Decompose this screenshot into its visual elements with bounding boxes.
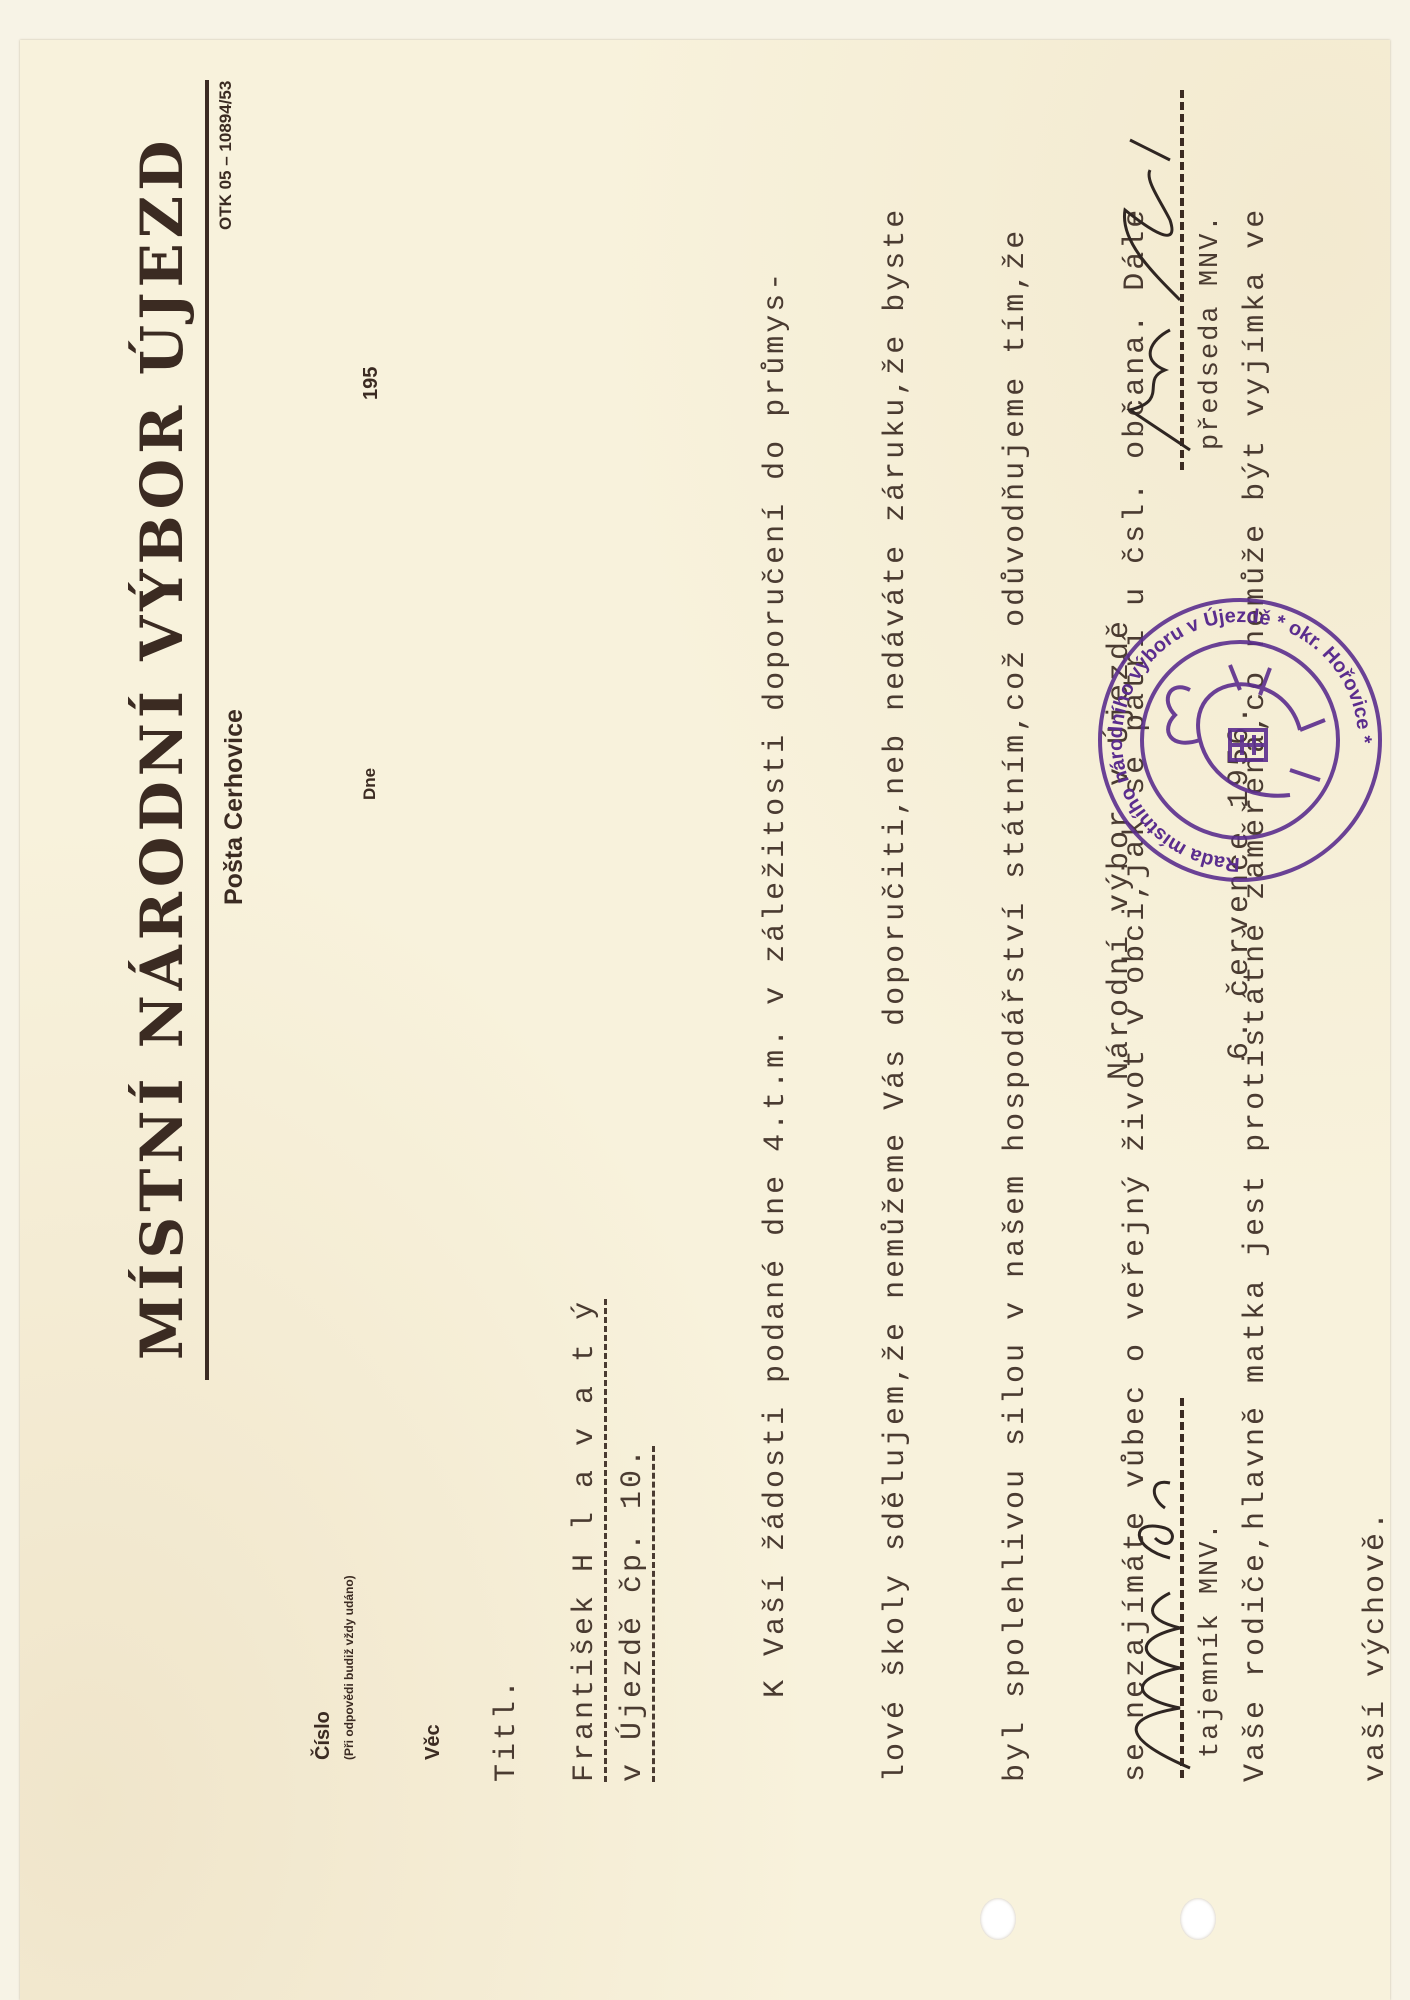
number-note: (Při odpovědi budiž vždy udáno) bbox=[342, 1575, 356, 1760]
letter-sheet: MÍSTNÍ NÁRODNÍ VÝBOR ÚJEZD OTK 05 – 1089… bbox=[20, 40, 1390, 2000]
handwritten-signature-icon bbox=[1110, 90, 1200, 470]
chairman-role: předseda MNV. bbox=[1196, 90, 1226, 450]
recipient-name: František H l a v a t ý bbox=[568, 1299, 607, 1782]
secretary-role: tajemník MNV. bbox=[1196, 1398, 1226, 1758]
secretary-signature-block: tajemník MNV. bbox=[1180, 1398, 1226, 1778]
punch-hole-top bbox=[1180, 1898, 1216, 1940]
lion-emblem-icon: Rada místního národního výboru v Újezdě … bbox=[1090, 590, 1390, 890]
svg-text:Rada místního národního výboru: Rada místního národního výboru v Újezdě … bbox=[1105, 605, 1375, 875]
salutation: Titl. bbox=[490, 1677, 524, 1782]
body-line: vaší výchově. bbox=[1356, 207, 1396, 1782]
year-prefix: 195 bbox=[360, 367, 383, 400]
letterhead-rule bbox=[205, 80, 209, 1380]
form-code: OTK 05 – 10894/53 bbox=[216, 81, 236, 230]
punch-hole-bottom bbox=[980, 1898, 1016, 1940]
chairman-signature-block: předseda MNV. bbox=[1180, 90, 1226, 470]
recipient-address: v Újezdě čp. 10. bbox=[616, 1446, 655, 1782]
scan-background: MÍSTNÍ NÁRODNÍ VÝBOR ÚJEZD OTK 05 – 1089… bbox=[0, 0, 1410, 2000]
handwritten-signature-icon bbox=[1110, 1398, 1200, 1778]
letterhead-title: MÍSTNÍ NÁRODNÍ VÝBOR ÚJEZD bbox=[128, 136, 196, 1360]
date-label: Dne bbox=[360, 768, 380, 800]
subject-label: Věc bbox=[422, 1724, 445, 1760]
number-label: Číslo bbox=[312, 1711, 335, 1760]
body-line: K Vaší žádosti podané dne 4.t.m. v zálež… bbox=[756, 207, 796, 1782]
body-line: lové školy sdělujem,že nemůžeme Vás dopo… bbox=[876, 207, 916, 1782]
post-office: Pošta Cerhovice bbox=[220, 709, 249, 905]
official-stamp: Rada místního národního výboru v Újezdě … bbox=[1090, 590, 1390, 890]
